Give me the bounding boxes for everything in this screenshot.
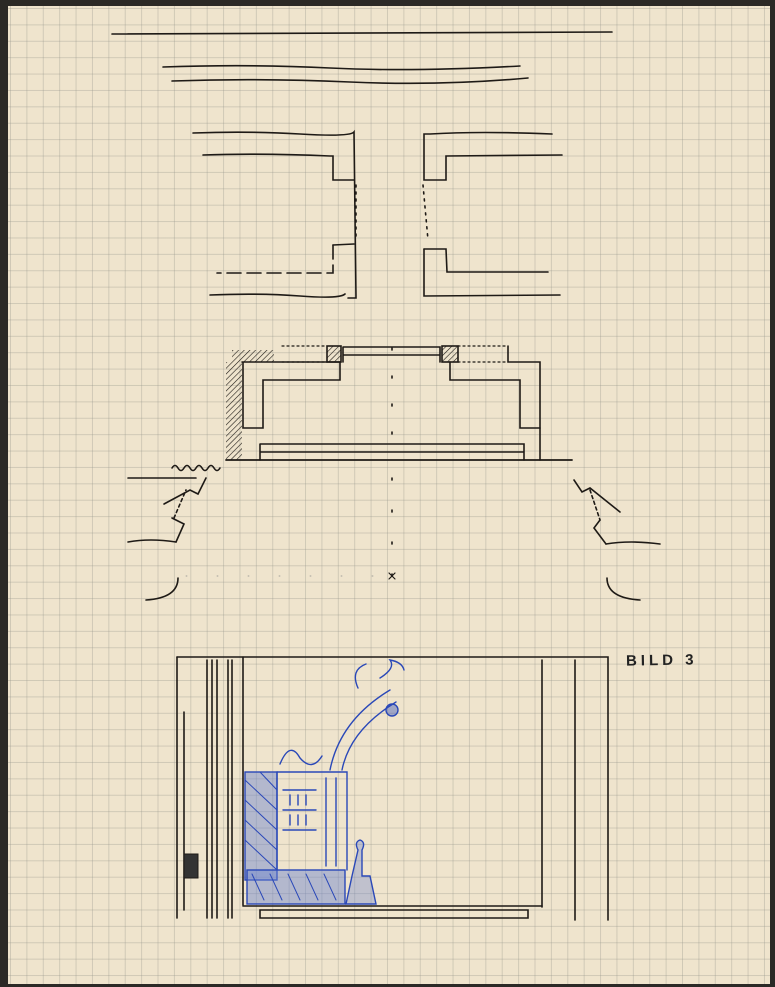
plan-right-wing	[423, 133, 562, 297]
elevation-scene-frame	[177, 657, 608, 920]
blue-scenery-arch	[245, 660, 404, 904]
top-rules	[112, 32, 612, 83]
plan-left-wing	[193, 132, 356, 298]
stage-design-drawing	[0, 0, 775, 987]
plan-proscenium	[128, 466, 660, 601]
scene-label-bild-3: BILD 3	[626, 651, 698, 669]
plan-stage-platform	[226, 346, 572, 460]
